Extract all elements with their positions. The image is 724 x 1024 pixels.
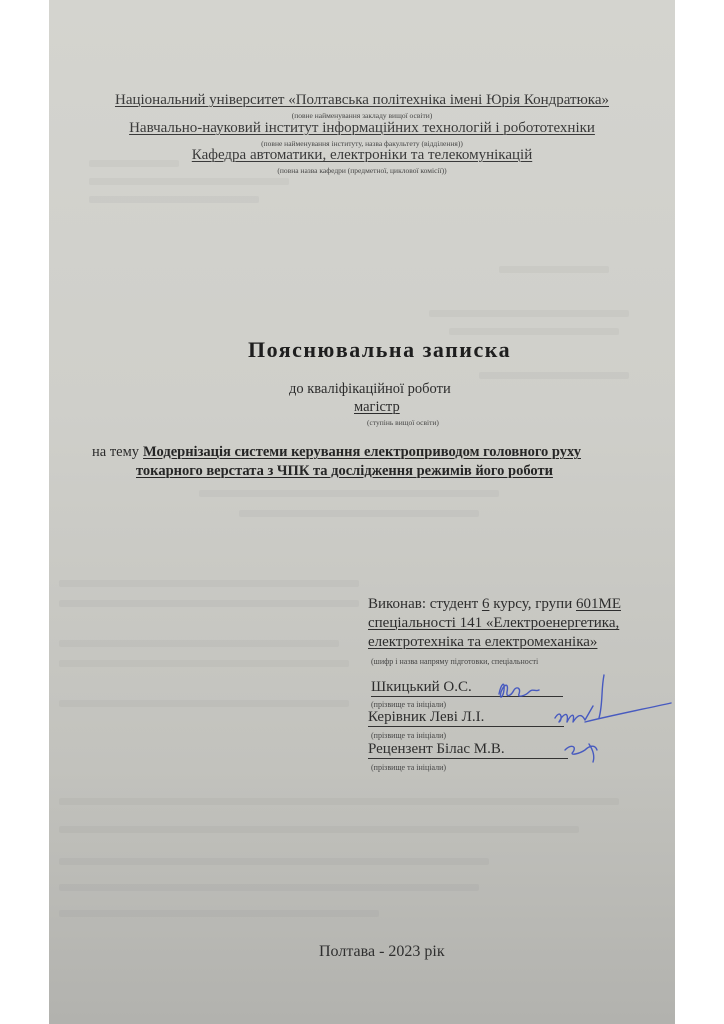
degree-value: магістр [354, 399, 400, 416]
department-name: Кафедра автоматики, електроніки та телек… [49, 147, 675, 164]
performed-by-line: Виконав: студент 6 курсу, групи 601МЕ [368, 596, 621, 613]
city-year: Полтава - 2023 рік [319, 943, 445, 961]
institute-name: Навчально-науковий інститут інформаційни… [49, 120, 675, 137]
group-value: 601МЕ [576, 596, 621, 612]
specialty-line-1: спеціальності 141 «Електроенергетика, [368, 615, 619, 632]
department-caption: (повна назва кафедри (предметної, циклов… [49, 166, 675, 175]
document-page: Національний університет «Полтавська пол… [49, 0, 675, 1024]
document-title: Пояснювальна записка [248, 337, 511, 363]
specialty-caption: (шифр і назва напряму підготовки, спеціа… [371, 657, 538, 666]
specialty-line-2: електротехніка та електромеханіка» [368, 634, 597, 651]
course-value: 6 [482, 596, 490, 612]
theme-prefix: на тему [92, 444, 139, 460]
theme-title-part-2: токарного верстата з ЧПК та дослідження … [136, 463, 553, 479]
signatures-icon [349, 670, 675, 780]
theme-line-1: на тему Модернізація системи керування е… [92, 443, 581, 461]
university-name: Національний університет «Полтавська пол… [49, 92, 675, 109]
degree-caption: (ступінь вищої освіти) [367, 418, 439, 427]
theme-line-2: токарного верстата з ЧПК та дослідження … [136, 463, 553, 480]
theme-title-part-1: Модернізація системи керування електропр… [143, 444, 581, 460]
university-caption: (повне найменування закладу вищої освіти… [49, 111, 675, 120]
document-subtitle: до кваліфікаційної роботи [289, 381, 451, 398]
